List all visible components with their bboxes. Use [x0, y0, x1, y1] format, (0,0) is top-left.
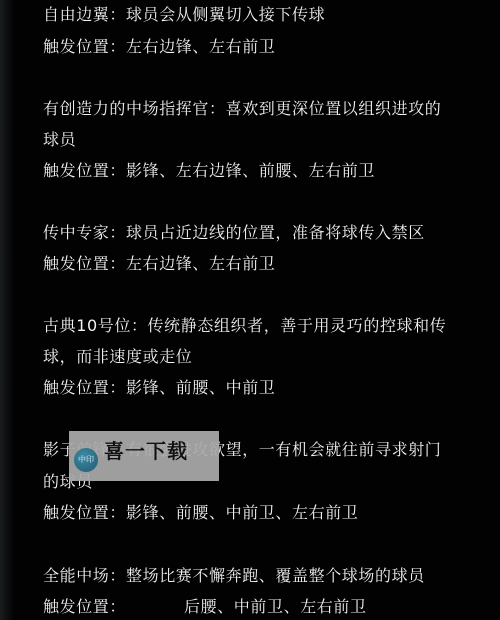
role-free-winger-desc: 自由边翼：球员会从侧翼切入接下传球	[43, 5, 325, 25]
role-crossing-specialist-desc: 传中专家：球员占近边线的位置，准备将球传入禁区	[43, 223, 425, 243]
role-classic-10-desc-cont: 球，而非速度或走位	[43, 347, 192, 367]
role-shadow-striker-trigger: 触发位置：影锋、前腰、中前卫、左右前卫	[43, 503, 358, 523]
watermark-text: 喜一下载	[104, 439, 188, 463]
role-creative-playmaker-trigger: 触发位置：影锋、左右边锋、前腰、左右前卫	[43, 161, 375, 181]
watermark-logo-icon: 中印	[74, 448, 98, 472]
role-creative-playmaker-desc-cont: 球员	[43, 130, 76, 150]
role-free-winger-trigger: 触发位置：左右边锋、左右前卫	[43, 37, 275, 57]
role-creative-playmaker-desc: 有创造力的中场指挥官：喜欢到更深位置以组织进攻的	[43, 99, 441, 119]
role-classic-10-trigger: 触发位置：影锋、前腰、中前卫	[43, 378, 275, 398]
role-box-to-box-trigger-values: 后腰、中前卫、左右前卫	[184, 597, 367, 617]
role-box-to-box-desc: 全能中场：整场比赛不懈奔跑、覆盖整个球场的球员	[43, 566, 425, 586]
watermark-overlay: 中印 喜一下载	[69, 431, 219, 481]
role-crossing-specialist-trigger: 触发位置：左右边锋、左右前卫	[43, 254, 275, 274]
left-edge-shadow	[0, 0, 14, 620]
role-box-to-box-trigger-label: 触发位置：	[43, 597, 126, 617]
role-classic-10-desc: 古典10号位：传统静态组织者，善于用灵巧的控球和传	[43, 316, 446, 336]
